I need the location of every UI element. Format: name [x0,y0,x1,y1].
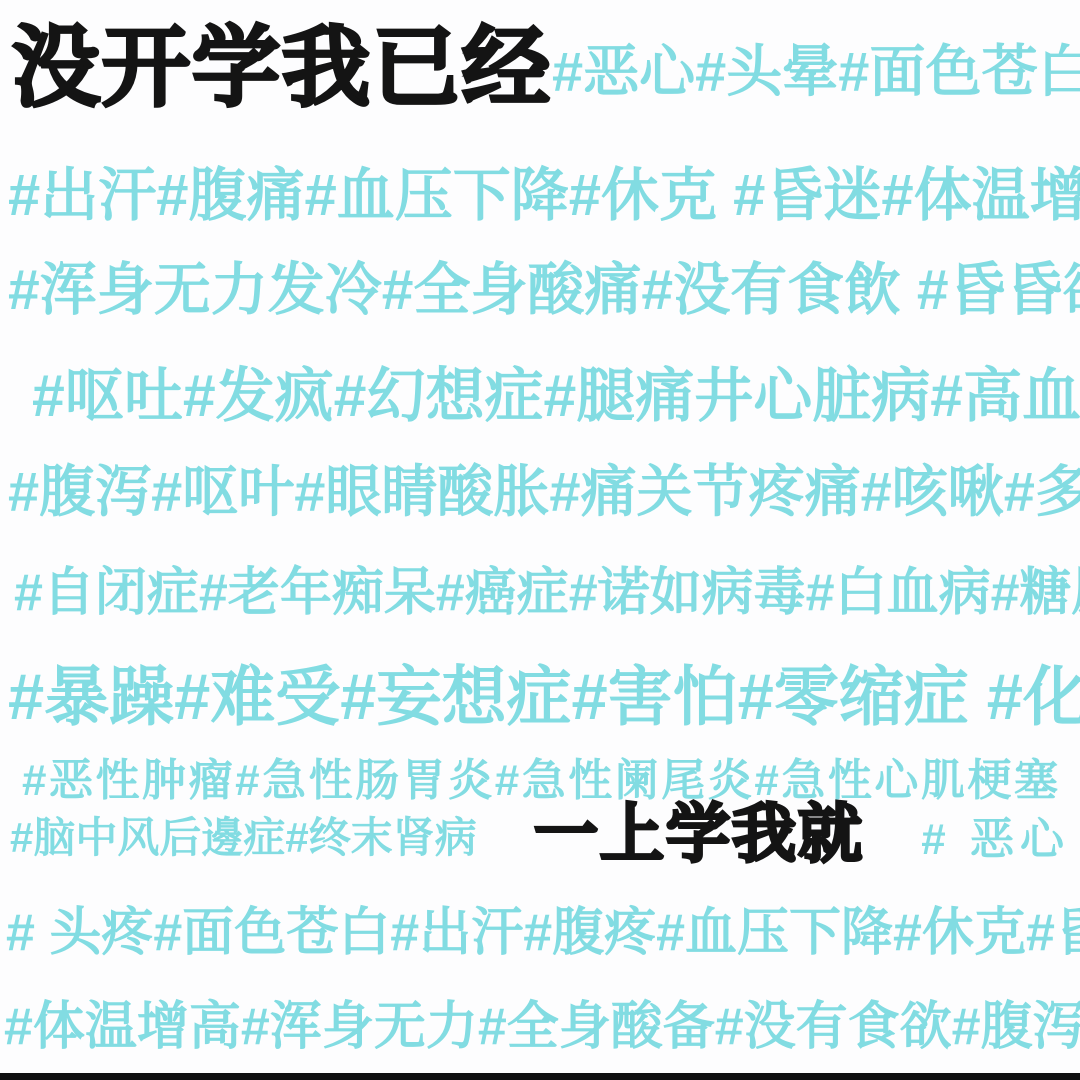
meme-image: 没开学我已经 #恶心#头晕#面色苍白 #出汗#腹痛#血压下降#休克 #昏迷#体温… [0,0,1080,1080]
bottom-black-bar [0,1073,1080,1080]
mid-title-row: #脑中风后邊症#终末肾病 一上学我就 # 恶心 [0,798,1080,872]
header-row: 没开学我已经 #恶心#头晕#面色苍白 [0,20,1080,117]
title-before-school: 没开学我已经 [12,20,552,117]
hashtags-row-7: #暴躁#难受#妄想症#害怕#零缩症 #化蝶症 [0,644,1080,738]
title-after-school: 一上学我就 [534,798,864,872]
hashtags-row-3: #浑身无力发冷#全身酸痛#没有食飲 #昏昏欲睡 [0,244,1080,326]
hashtags-row-5: #腹泻#呕叶#眼睛酸胀#痛关节疼痛#咳啾#多疑 [0,448,1080,528]
hashtags-row-2: #出汗#腹痛#血压下降#休克 #昏迷#体温增高 [0,148,1080,232]
hashtags-row-4: #呕吐#发疯#幻想症#腿痛井心脏病#高血压 [0,348,1080,433]
hashtags-row-1: #恶心#头晕#面色苍白 [552,28,1080,108]
hashtags-row-10: # 头疼#面色苍白#出汗#腹疼#血压下降#休克#昏迷 [0,890,1080,965]
hashtags-row-11: #体温增高#浑身无力#全身酸备#没有食欲#腹泻 [0,984,1080,1059]
hashtags-row-6: #自闭症#老年痴呆#癌症#诺如病毒#白血病#糖尿病 [0,550,1080,625]
hashtag-row-9-right: # 恶心 [921,803,1070,867]
hashtags-row-9-left: #脑中风后邊症#终末肾病 [10,805,477,865]
